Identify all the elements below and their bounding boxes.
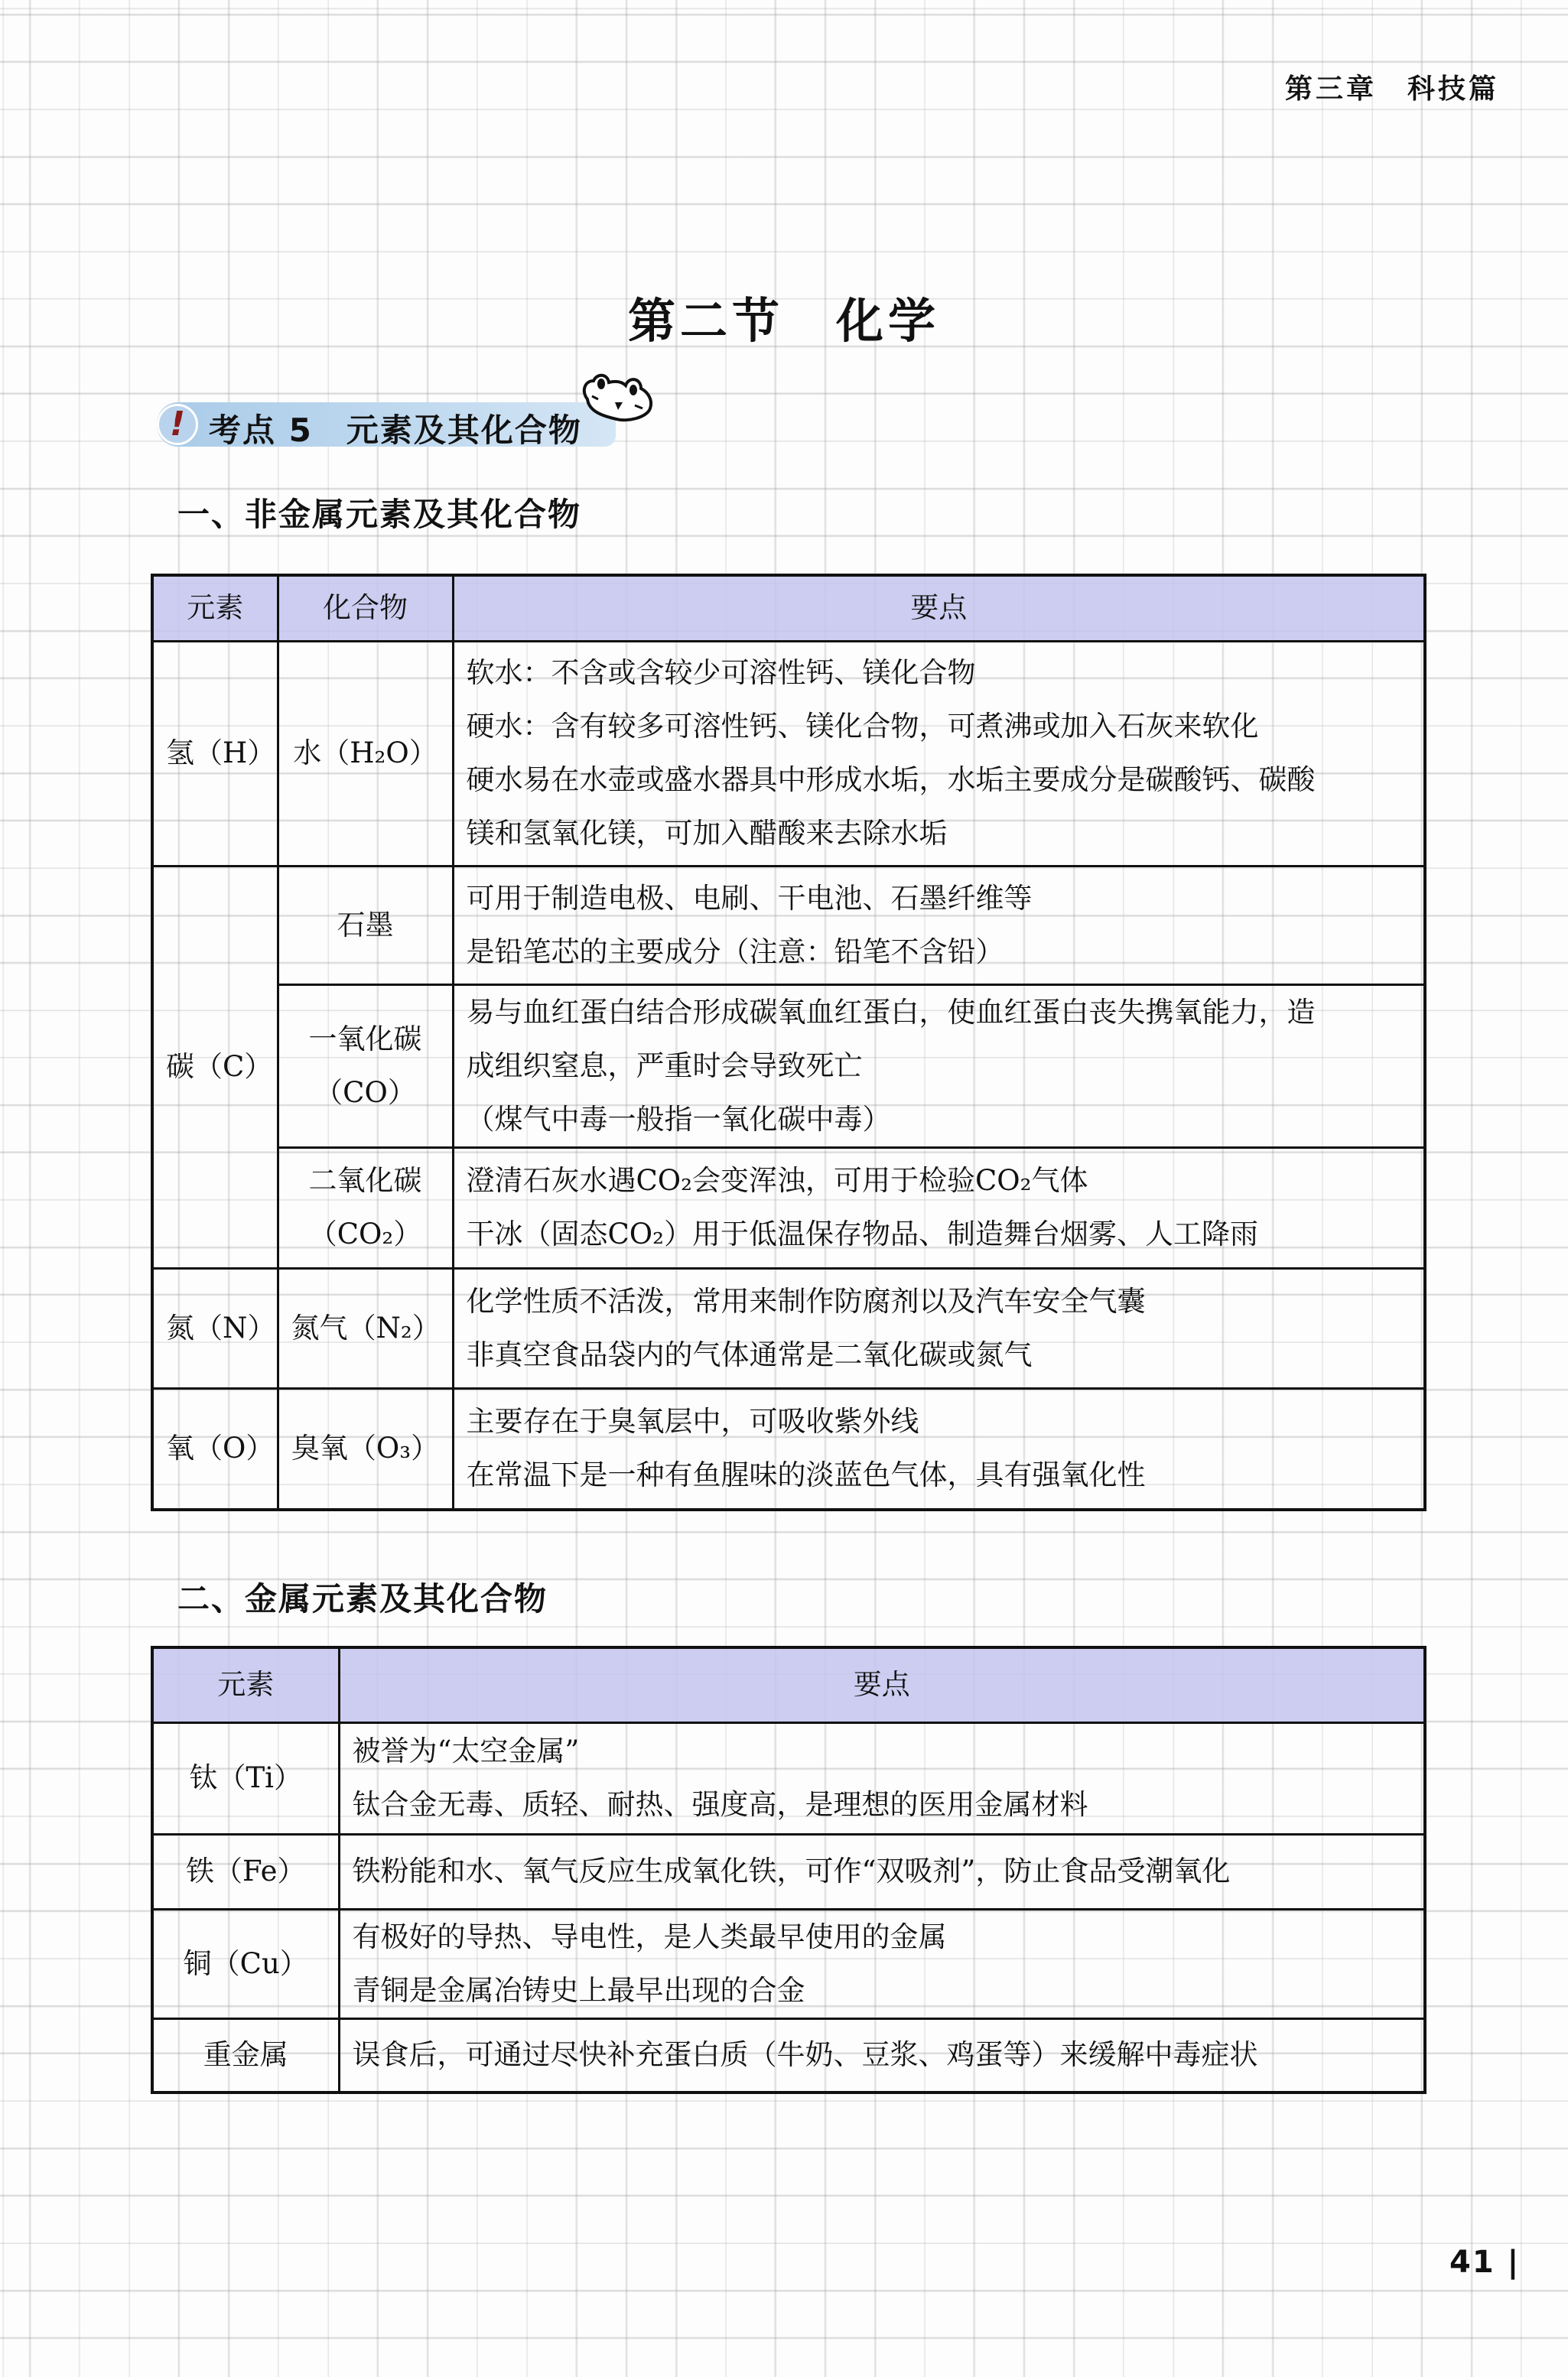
table-row: 重金属 误食后，可通过尽快补充蛋白质（牛奶、豆浆、鸡蛋等）来缓解中毒症状 (152, 2018, 1425, 2092)
point-line: 化学性质不活泼，常用来制作防腐剂以及汽车安全气囊 (467, 1275, 1412, 1328)
element-cell: 钛（Ti） (152, 1722, 339, 1834)
nonmetal-table: 元素 化合物 要点 氢（H） 水（H₂O） 软水：不含或含较少可溶性钙、镁化合物… (151, 574, 1426, 1511)
point-line: 被誉为“太空金属” (353, 1725, 1412, 1778)
section-title: 第二节 化学 (0, 283, 1568, 351)
running-head: 第三章 科技篇 (1285, 67, 1499, 106)
table-header-row: 元素 化合物 要点 (152, 575, 1425, 641)
point-line: 主要存在于臭氧层中，可吸收紫外线 (467, 1395, 1412, 1449)
compound-cell: 石墨 (278, 866, 453, 984)
topic-title: 考点 5 元素及其化合物 (209, 405, 582, 451)
points-cell: 易与血红蛋白结合形成碳氧血红蛋白，使血红蛋白丧失携氧能力，造 成组织窒息，严重时… (453, 984, 1425, 1147)
column-header-element: 元素 (152, 1647, 339, 1722)
element-cell: 重金属 (152, 2018, 339, 2092)
table-row: 铁（Fe） 铁粉能和水、氧气反应生成氧化铁，可作“双吸剂”，防止食品受潮氧化 (152, 1834, 1425, 1909)
point-line: 硬水：含有较多可溶性钙、镁化合物，可煮沸或加入石灰来软化 (467, 700, 1412, 753)
point-line: 镁和氢氧化镁，可加入醋酸来去除水垢 (467, 807, 1412, 860)
point-line: （煤气中毒一般指一氧化碳中毒） (467, 1093, 1412, 1146)
compound-cell: 氮气（N₂） (278, 1268, 453, 1388)
exclamation-badge: ! (157, 404, 198, 445)
compound-cell: 臭氧（O₃） (278, 1388, 453, 1510)
subsection-title-metal: 二、金属元素及其化合物 (177, 1574, 548, 1620)
points-cell: 可用于制造电极、电刷、干电池、石墨纤维等 是铅笔芯的主要成分（注意：铅笔不含铅） (453, 866, 1425, 984)
point-line: 软水：不含或含较少可溶性钙、镁化合物 (467, 646, 1412, 700)
element-cell: 铁（Fe） (152, 1834, 339, 1909)
table-row: 氧（O） 臭氧（O₃） 主要存在于臭氧层中，可吸收紫外线 在常温下是一种有鱼腥味… (152, 1388, 1425, 1510)
element-cell: 氮（N） (152, 1268, 278, 1388)
table-row: 一氧化碳（CO） 易与血红蛋白结合形成碳氧血红蛋白，使血红蛋白丧失携氧能力，造 … (152, 984, 1425, 1147)
element-cell: 氧（O） (152, 1388, 278, 1510)
points-cell: 铁粉能和水、氧气反应生成氧化铁，可作“双吸剂”，防止食品受潮氧化 (339, 1834, 1425, 1909)
points-cell: 主要存在于臭氧层中，可吸收紫外线 在常温下是一种有鱼腥味的淡蓝色气体，具有强氧化… (453, 1388, 1425, 1510)
element-cell: 碳（C） (152, 866, 278, 1268)
point-line: 成组织窒息，严重时会导致死亡 (467, 1039, 1412, 1093)
table-row: 铜（Cu） 有极好的导热、导电性，是人类最早使用的金属 青铜是金属冶铸史上最早出… (152, 1909, 1425, 2018)
point-line: 硬水易在水壶或盛水器具中形成水垢，水垢主要成分是碳酸钙、碳酸 (467, 753, 1412, 807)
points-cell: 有极好的导热、导电性，是人类最早使用的金属 青铜是金属冶铸史上最早出现的合金 (339, 1909, 1425, 2018)
column-header-element: 元素 (152, 575, 278, 641)
exclamation-icon: ! (170, 408, 185, 441)
table-row: 钛（Ti） 被誉为“太空金属” 钛合金无毒、质轻、耐热、强度高，是理想的医用金属… (152, 1722, 1425, 1834)
points-cell: 化学性质不活泼，常用来制作防腐剂以及汽车安全气囊 非真空食品袋内的气体通常是二氧… (453, 1268, 1425, 1388)
point-line: 误食后，可通过尽快补充蛋白质（牛奶、豆浆、鸡蛋等）来缓解中毒症状 (353, 2028, 1412, 2082)
points-cell: 软水：不含或含较少可溶性钙、镁化合物 硬水：含有较多可溶性钙、镁化合物，可煮沸或… (453, 641, 1425, 866)
table-header-row: 元素 要点 (152, 1647, 1425, 1722)
point-line: 青铜是金属冶铸史上最早出现的合金 (353, 1964, 1412, 2018)
element-cell: 铜（Cu） (152, 1909, 339, 2018)
point-line: 在常温下是一种有鱼腥味的淡蓝色气体，具有强氧化性 (467, 1449, 1412, 1502)
column-header-points: 要点 (453, 575, 1425, 641)
point-line: 非真空食品袋内的气体通常是二氧化碳或氮气 (467, 1328, 1412, 1382)
points-cell: 被誉为“太空金属” 钛合金无毒、质轻、耐热、强度高，是理想的医用金属材料 (339, 1722, 1425, 1834)
point-line: 可用于制造电极、电刷、干电池、石墨纤维等 (467, 872, 1412, 925)
points-cell: 澄清石灰水遇CO₂会变浑浊，可用于检验CO₂气体 干冰（固态CO₂）用于低温保存… (453, 1147, 1425, 1268)
compound-cell: 水（H₂O） (278, 641, 453, 866)
subsection-title-nonmetal: 一、非金属元素及其化合物 (177, 489, 581, 535)
table-row: 氢（H） 水（H₂O） 软水：不含或含较少可溶性钙、镁化合物 硬水：含有较多可溶… (152, 641, 1425, 866)
table-row: 氮（N） 氮气（N₂） 化学性质不活泼，常用来制作防腐剂以及汽车安全气囊 非真空… (152, 1268, 1425, 1388)
points-cell: 误食后，可通过尽快补充蛋白质（牛奶、豆浆、鸡蛋等）来缓解中毒症状 (339, 2018, 1425, 2092)
point-line: 干冰（固态CO₂）用于低温保存物品、制造舞台烟雾、人工降雨 (467, 1208, 1412, 1261)
frog-doodle-icon (574, 369, 658, 430)
point-line: 易与血红蛋白结合形成碳氧血红蛋白，使血红蛋白丧失携氧能力，造 (467, 986, 1412, 1039)
page-number-value: 41 (1449, 2245, 1495, 2280)
metal-table: 元素 要点 钛（Ti） 被誉为“太空金属” 钛合金无毒、质轻、耐热、强度高，是理… (151, 1646, 1426, 2094)
compound-cell: 二氧化碳（CO₂） (278, 1147, 453, 1268)
point-line: 有极好的导热、导电性，是人类最早使用的金属 (353, 1910, 1412, 1964)
element-cell: 氢（H） (152, 641, 278, 866)
page-number: 41 | (1449, 2245, 1520, 2280)
compound-cell: 一氧化碳（CO） (278, 984, 453, 1147)
point-line: 是铅笔芯的主要成分（注意：铅笔不含铅） (467, 925, 1412, 979)
point-line: 澄清石灰水遇CO₂会变浑浊，可用于检验CO₂气体 (467, 1154, 1412, 1208)
point-line: 铁粉能和水、氧气反应生成氧化铁，可作“双吸剂”，防止食品受潮氧化 (353, 1845, 1412, 1898)
column-header-compound: 化合物 (278, 575, 453, 641)
table-row: 二氧化碳（CO₂） 澄清石灰水遇CO₂会变浑浊，可用于检验CO₂气体 干冰（固态… (152, 1147, 1425, 1268)
point-line: 钛合金无毒、质轻、耐热、强度高，是理想的医用金属材料 (353, 1778, 1412, 1832)
table-row: 碳（C） 石墨 可用于制造电极、电刷、干电池、石墨纤维等 是铅笔芯的主要成分（注… (152, 866, 1425, 984)
column-header-points: 要点 (339, 1647, 1425, 1722)
topic-banner: ! 考点 5 元素及其化合物 (157, 402, 616, 447)
page-marker: | (1495, 2245, 1521, 2280)
